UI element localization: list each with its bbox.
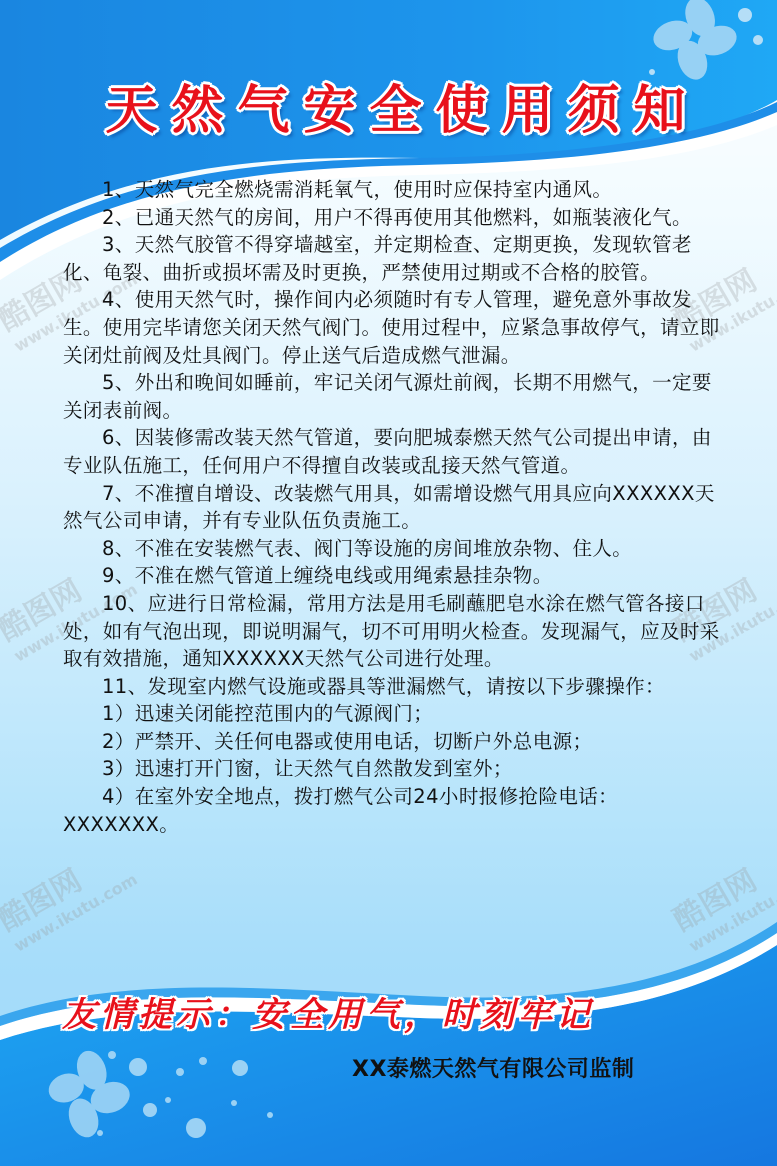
step-item: 2）严禁开、关任何电器或使用电话，切断户外总电源；	[63, 728, 723, 756]
rule-item: 10、应进行日常检漏，常用方法是用毛刷蘸肥皂水涂在燃气管各接口处，如有气泡出现，…	[63, 590, 723, 673]
rule-item: 3、天然气胶管不得穿墙越室，并定期检查、定期更换，发现软管老化、龟裂、曲折或损坏…	[63, 231, 723, 286]
rule-item: 8、不准在安装燃气表、阀门等设施的房间堆放杂物、住人。	[63, 535, 723, 563]
rule-item: 5、外出和晚间如睡前，牢记关闭气源灶前阀，长期不用燃气，一定要关闭表前阀。	[63, 369, 723, 424]
safety-poster: 酷图网 www.ikutu.com 酷图网 www.ikutu.com 酷图网 …	[0, 0, 777, 1166]
rule-item: 7、不准擅自增设、改装燃气用具，如需增设燃气用具应向XXXXXX天然气公司申请，…	[63, 480, 723, 535]
rule-item: 6、因装修需改装天然气管道，要向肥城泰燃天然气公司提出申请，由专业队伍施工，任何…	[63, 424, 723, 479]
supervisor-credit: XX泰燃天然气有限公司监制	[352, 1052, 732, 1083]
rule-item: 4、使用天然气时，操作间内必须随时有专人管理，避免意外事故发生。使用完毕请您关闭…	[63, 286, 723, 369]
rule-item: 9、不准在燃气管道上缠绕电线或用绳索悬挂杂物。	[63, 562, 723, 590]
step-item: 4）在室外安全地点，拨打燃气公司24小时报修抢险电话：XXXXXXX。	[63, 783, 723, 838]
friendly-reminder: 友情提示：安全用气，时刻牢记	[62, 987, 722, 1036]
step-item: 1）迅速关闭能控范围内的气源阀门；	[63, 700, 723, 728]
rule-item: 2、已通天然气的房间，用户不得再使用其他燃料，如瓶装液化气。	[63, 204, 723, 232]
poster-title: 天然气安全使用须知	[0, 68, 777, 143]
step-item: 3）迅速打开门窗，让天然气自然散发到室外；	[63, 755, 723, 783]
rule-item: 11、发现室内燃气设施或器具等泄漏燃气，请按以下步骤操作：	[63, 673, 723, 701]
rule-item: 1、天然气完全燃烧需消耗氧气，使用时应保持室内通风。	[63, 176, 723, 204]
safety-rules: 1、天然气完全燃烧需消耗氧气，使用时应保持室内通风。 2、已通天然气的房间，用户…	[63, 176, 723, 838]
